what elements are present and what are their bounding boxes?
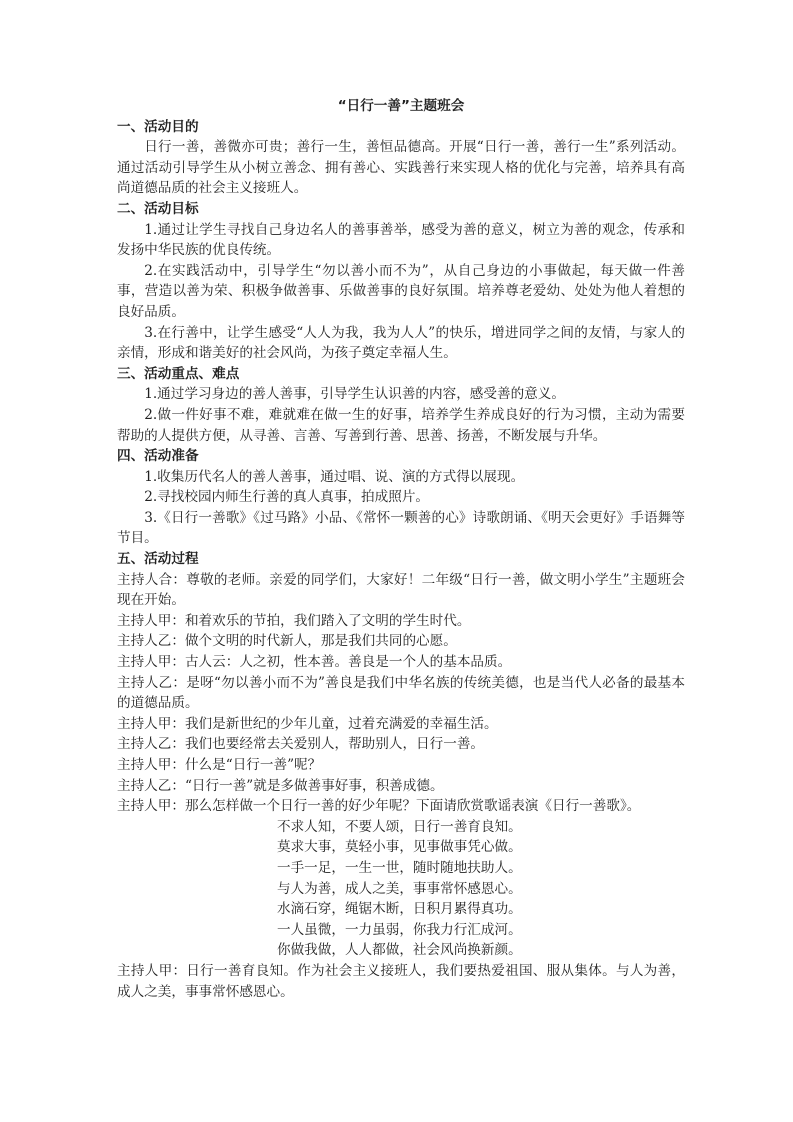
dialogue-line: 主持人乙：“日行一善”就是多做善事好事，积善成德。 xyxy=(117,776,685,797)
dialogue-line: 主持人乙：做个文明的时代新人，那是我们共同的心愿。 xyxy=(117,631,685,652)
section-purpose: 一、活动目的 日行一善，善微亦可贵；善行一生，善恒品德高。开展“日行一善，善行一… xyxy=(117,117,685,199)
document-page: “日行一善”主题班会 一、活动目的 日行一善，善微亦可贵；善行一生，善恒品德高。… xyxy=(117,96,685,1002)
section-goals: 二、活动目标 1.通过让学生寻找自己身边名人的善事善举，感受为善的意义，树立为善… xyxy=(117,199,685,364)
section-heading: 五、活动过程 xyxy=(117,549,685,570)
dialogue-line: 主持人甲：什么是“日行一善”呢？ xyxy=(117,755,685,776)
song-line: 不求人知，不要人颂，日行一善育良知。 xyxy=(277,817,685,838)
song-line: 水滴石穿，绳锯木断，日积月累得真功。 xyxy=(277,899,685,920)
section-preparation: 四、活动准备 1.收集历代名人的善人善事，通过唱、说、演的方式得以展现。 2.寻… xyxy=(117,446,685,549)
dialogue-line: 主持人甲：和着欢乐的节拍，我们踏入了文明的学生时代。 xyxy=(117,611,685,632)
closing-line: 主持人甲：日行一善育良知。作为社会主义接班人，我们要热爱祖国、服从集体。与人为善… xyxy=(117,961,685,1002)
paragraph: 2.在实践活动中，引导学生“勿以善小而不为”，从自己身边的小事做起，每天做一件善… xyxy=(117,261,685,323)
paragraph: 3.在行善中，让学生感受“人人为我，我为人人”的快乐，增进同学之间的友情，与家人… xyxy=(117,323,685,364)
paragraph: 1.通过让学生寻找自己身边名人的善事善举，感受为善的意义，树立为善的观念，传承和… xyxy=(117,220,685,261)
section-key-points: 三、活动重点、难点 1.通过学习身边的善人善事，引导学生认识善的内容，感受善的意… xyxy=(117,364,685,446)
song-lyrics: 不求人知，不要人颂，日行一善育良知。 莫求大事，莫轻小事，见事做事凭心做。 一手… xyxy=(117,817,685,961)
paragraph: 日行一善，善微亦可贵；善行一生，善恒品德高。开展“日行一善，善行一生”系列活动。… xyxy=(117,137,685,199)
section-heading: 四、活动准备 xyxy=(117,446,685,467)
dialogue-line: 主持人乙：是呀“勿以善小而不为”善良是我们中华名族的传统美德，也是当代人必备的最… xyxy=(117,673,685,714)
dialogue-line: 主持人合：尊敬的老师。亲爱的同学们，大家好！二年级“日行一善，做文明小学生”主题… xyxy=(117,570,685,611)
song-line: 你做我做，人人都做，社会风尚换新颜。 xyxy=(277,940,685,961)
paragraph: 2.做一件好事不难，难就难在做一生的好事，培养学生养成良好的行为习惯，主动为需要… xyxy=(117,405,685,446)
paragraph: 2.寻找校园内师生行善的真人真事，拍成照片。 xyxy=(117,487,685,508)
section-heading: 二、活动目标 xyxy=(117,199,685,220)
section-heading: 三、活动重点、难点 xyxy=(117,364,685,385)
paragraph: 3.《日行一善歌》《过马路》小品、《常怀一颗善的心》诗歌朗诵、《明天会更好》手语… xyxy=(117,508,685,549)
song-line: 一人虽微，一力虽弱，你我力行汇成河。 xyxy=(277,920,685,941)
dialogue-line: 主持人甲：我们是新世纪的少年儿童，过着充满爱的幸福生活。 xyxy=(117,714,685,735)
section-heading: 一、活动目的 xyxy=(117,117,685,138)
paragraph: 1.收集历代名人的善人善事，通过唱、说、演的方式得以展现。 xyxy=(117,467,685,488)
song-line: 与人为善，成人之美，事事常怀感恩心。 xyxy=(277,879,685,900)
song-line: 一手一足，一生一世，随时随地扶助人。 xyxy=(277,858,685,879)
section-process: 五、活动过程 主持人合：尊敬的老师。亲爱的同学们，大家好！二年级“日行一善，做文… xyxy=(117,549,685,1002)
document-title: “日行一善”主题班会 xyxy=(117,96,685,117)
dialogue-line: 主持人甲：古人云：人之初，性本善。善良是一个人的基本品质。 xyxy=(117,652,685,673)
dialogue-line: 主持人乙：我们也要经常去关爱别人，帮助别人，日行一善。 xyxy=(117,734,685,755)
paragraph: 1.通过学习身边的善人善事，引导学生认识善的内容，感受善的意义。 xyxy=(117,384,685,405)
dialogue-line: 主持人甲：那么怎样做一个日行一善的好少年呢？下面请欣赏歌谣表演《日行一善歌》。 xyxy=(117,796,685,817)
song-line: 莫求大事，莫轻小事，见事做事凭心做。 xyxy=(277,837,685,858)
